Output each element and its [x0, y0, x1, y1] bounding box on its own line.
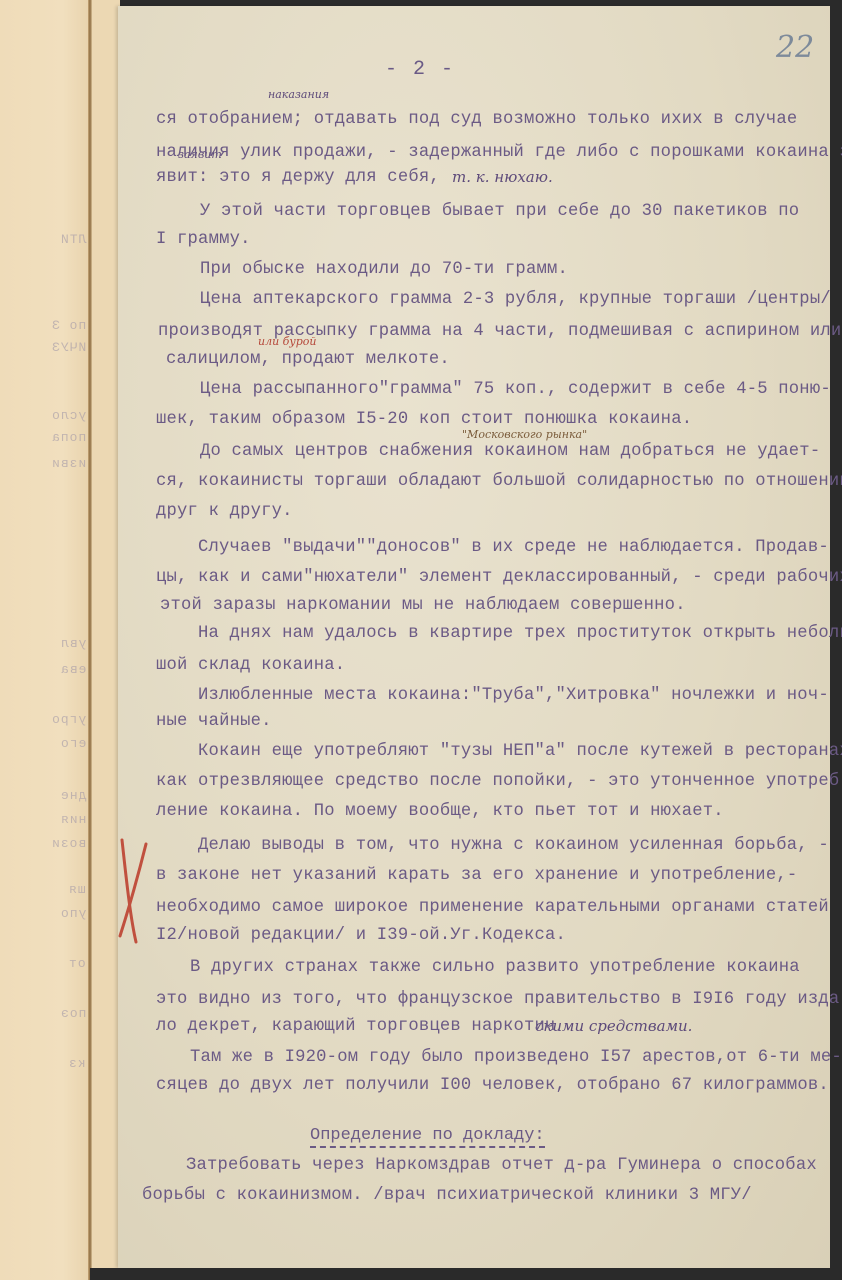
text-line: это видно из того, что французское прави…: [156, 990, 842, 1009]
handwritten-note: скими средствами.: [535, 1017, 692, 1035]
text-line: ло декрет, карающий торговцев наркотич: [156, 1017, 556, 1036]
bleed-text: вози: [51, 836, 86, 851]
facing-page: ЛТИ по З ИЧУЗ усло попа изви увл ева угр…: [0, 0, 90, 1280]
text-line: ление кокаина. По моему вообще, кто пьет…: [156, 802, 724, 821]
resolution-line: Затребовать через Наркомздрав отчет д-ра…: [186, 1156, 817, 1175]
bleed-text: ния: [60, 812, 86, 827]
text-line: цы, как и сами"нюхатели" элемент декласс…: [156, 568, 842, 587]
text-line: У этой части торговцев бывает при себе д…: [200, 202, 799, 221]
text-line: Там же в I920-ом году было произведено I…: [190, 1048, 842, 1067]
bleed-text: изви: [51, 456, 86, 471]
text-line: явит: это я держу для себя,: [156, 168, 440, 187]
archive-folio-number: 22: [776, 30, 814, 65]
resolution-line: борьбы с кокаинизмом. /врач психиатричес…: [142, 1186, 752, 1205]
text-line: Цена рассыпанного"грамма" 75 коп., содер…: [200, 380, 831, 399]
handwritten-note: т. к. нюхаю.: [452, 168, 553, 186]
page-edge: [92, 0, 120, 1280]
text-line: При обыске находили до 70-ти грамм.: [200, 260, 568, 279]
text-line: наличия улик продажи, - задержанный где …: [156, 143, 842, 162]
bleed-text: угро: [51, 712, 86, 727]
bleed-text: ИЧУЗ: [51, 340, 86, 355]
scan-border: [90, 1268, 842, 1280]
bleed-text: по З: [51, 318, 86, 333]
handwritten-note: "Московского рынка": [462, 428, 587, 441]
bleed-text: дне: [60, 788, 86, 803]
text-line: шек, таким образом I5-20 коп стоит понюш…: [156, 410, 692, 429]
text-line: шой склад кокаина.: [156, 656, 345, 675]
bleed-text: его: [60, 736, 86, 751]
text-line: в законе нет указаний карать за его хран…: [156, 866, 797, 885]
text-line: Делаю выводы в том, что нужна с кокаином…: [198, 836, 829, 855]
text-line: До самых центров снабжения кокаином нам …: [200, 442, 820, 461]
text-line: сяцев до двух лет получили I00 человек, …: [156, 1076, 829, 1095]
text-line: I2/новой редакции/ и I39-ой.Уг.Кодекса.: [156, 926, 566, 945]
text-line: Случаев "выдачи""доносов" в их среде не …: [198, 538, 829, 557]
text-line: В других странах также сильно развито уп…: [190, 958, 800, 977]
bleed-text: усло: [51, 408, 86, 423]
text-line: На днях нам удалось в квартире трех прос…: [198, 624, 842, 643]
text-line: производят рассыпку грамма на 4 части, п…: [158, 322, 841, 341]
bleed-text: кз: [68, 1056, 86, 1071]
text-line: необходимо самое широкое применение кара…: [156, 898, 829, 917]
bleed-text: шя: [68, 882, 86, 897]
bleed-text: от: [68, 956, 86, 971]
section-heading: Определение по докладу:: [310, 1126, 545, 1148]
text-line: ся отобранием; отдавать под суд возможно…: [156, 110, 797, 129]
text-line: ные чайные.: [156, 712, 272, 731]
red-cross-mark-icon: [116, 836, 156, 946]
bleed-text: увл: [60, 636, 86, 651]
text-line: друг к другу.: [156, 502, 293, 521]
text-line: ся, кокаинисты торгаши обладают большой …: [156, 472, 842, 491]
text-line: Излюбленные места кокаина:"Труба","Хитро…: [198, 686, 829, 705]
bleed-text: ева: [60, 662, 86, 677]
text-line: этой заразы наркомании мы не наблюдаем с…: [160, 596, 686, 615]
page-number: - 2 -: [385, 58, 455, 81]
text-line: Кокаин еще употребляют "тузы НЕП"а" посл…: [198, 742, 842, 761]
bleed-text: ЛТИ: [60, 232, 86, 247]
bleed-text: упо: [60, 906, 86, 921]
text-line: как отрезвляющее средство после попойки,…: [156, 772, 842, 791]
text-line: салицилом, продают мелкоте.: [166, 350, 450, 369]
text-line: Цена аптекарского грамма 2-3 рубля, круп…: [200, 290, 831, 309]
text-line: I грамму.: [156, 230, 251, 249]
bleed-text: попа: [51, 430, 86, 445]
handwritten-note: наказания: [268, 88, 329, 101]
bleed-text: поэ: [60, 1006, 86, 1021]
